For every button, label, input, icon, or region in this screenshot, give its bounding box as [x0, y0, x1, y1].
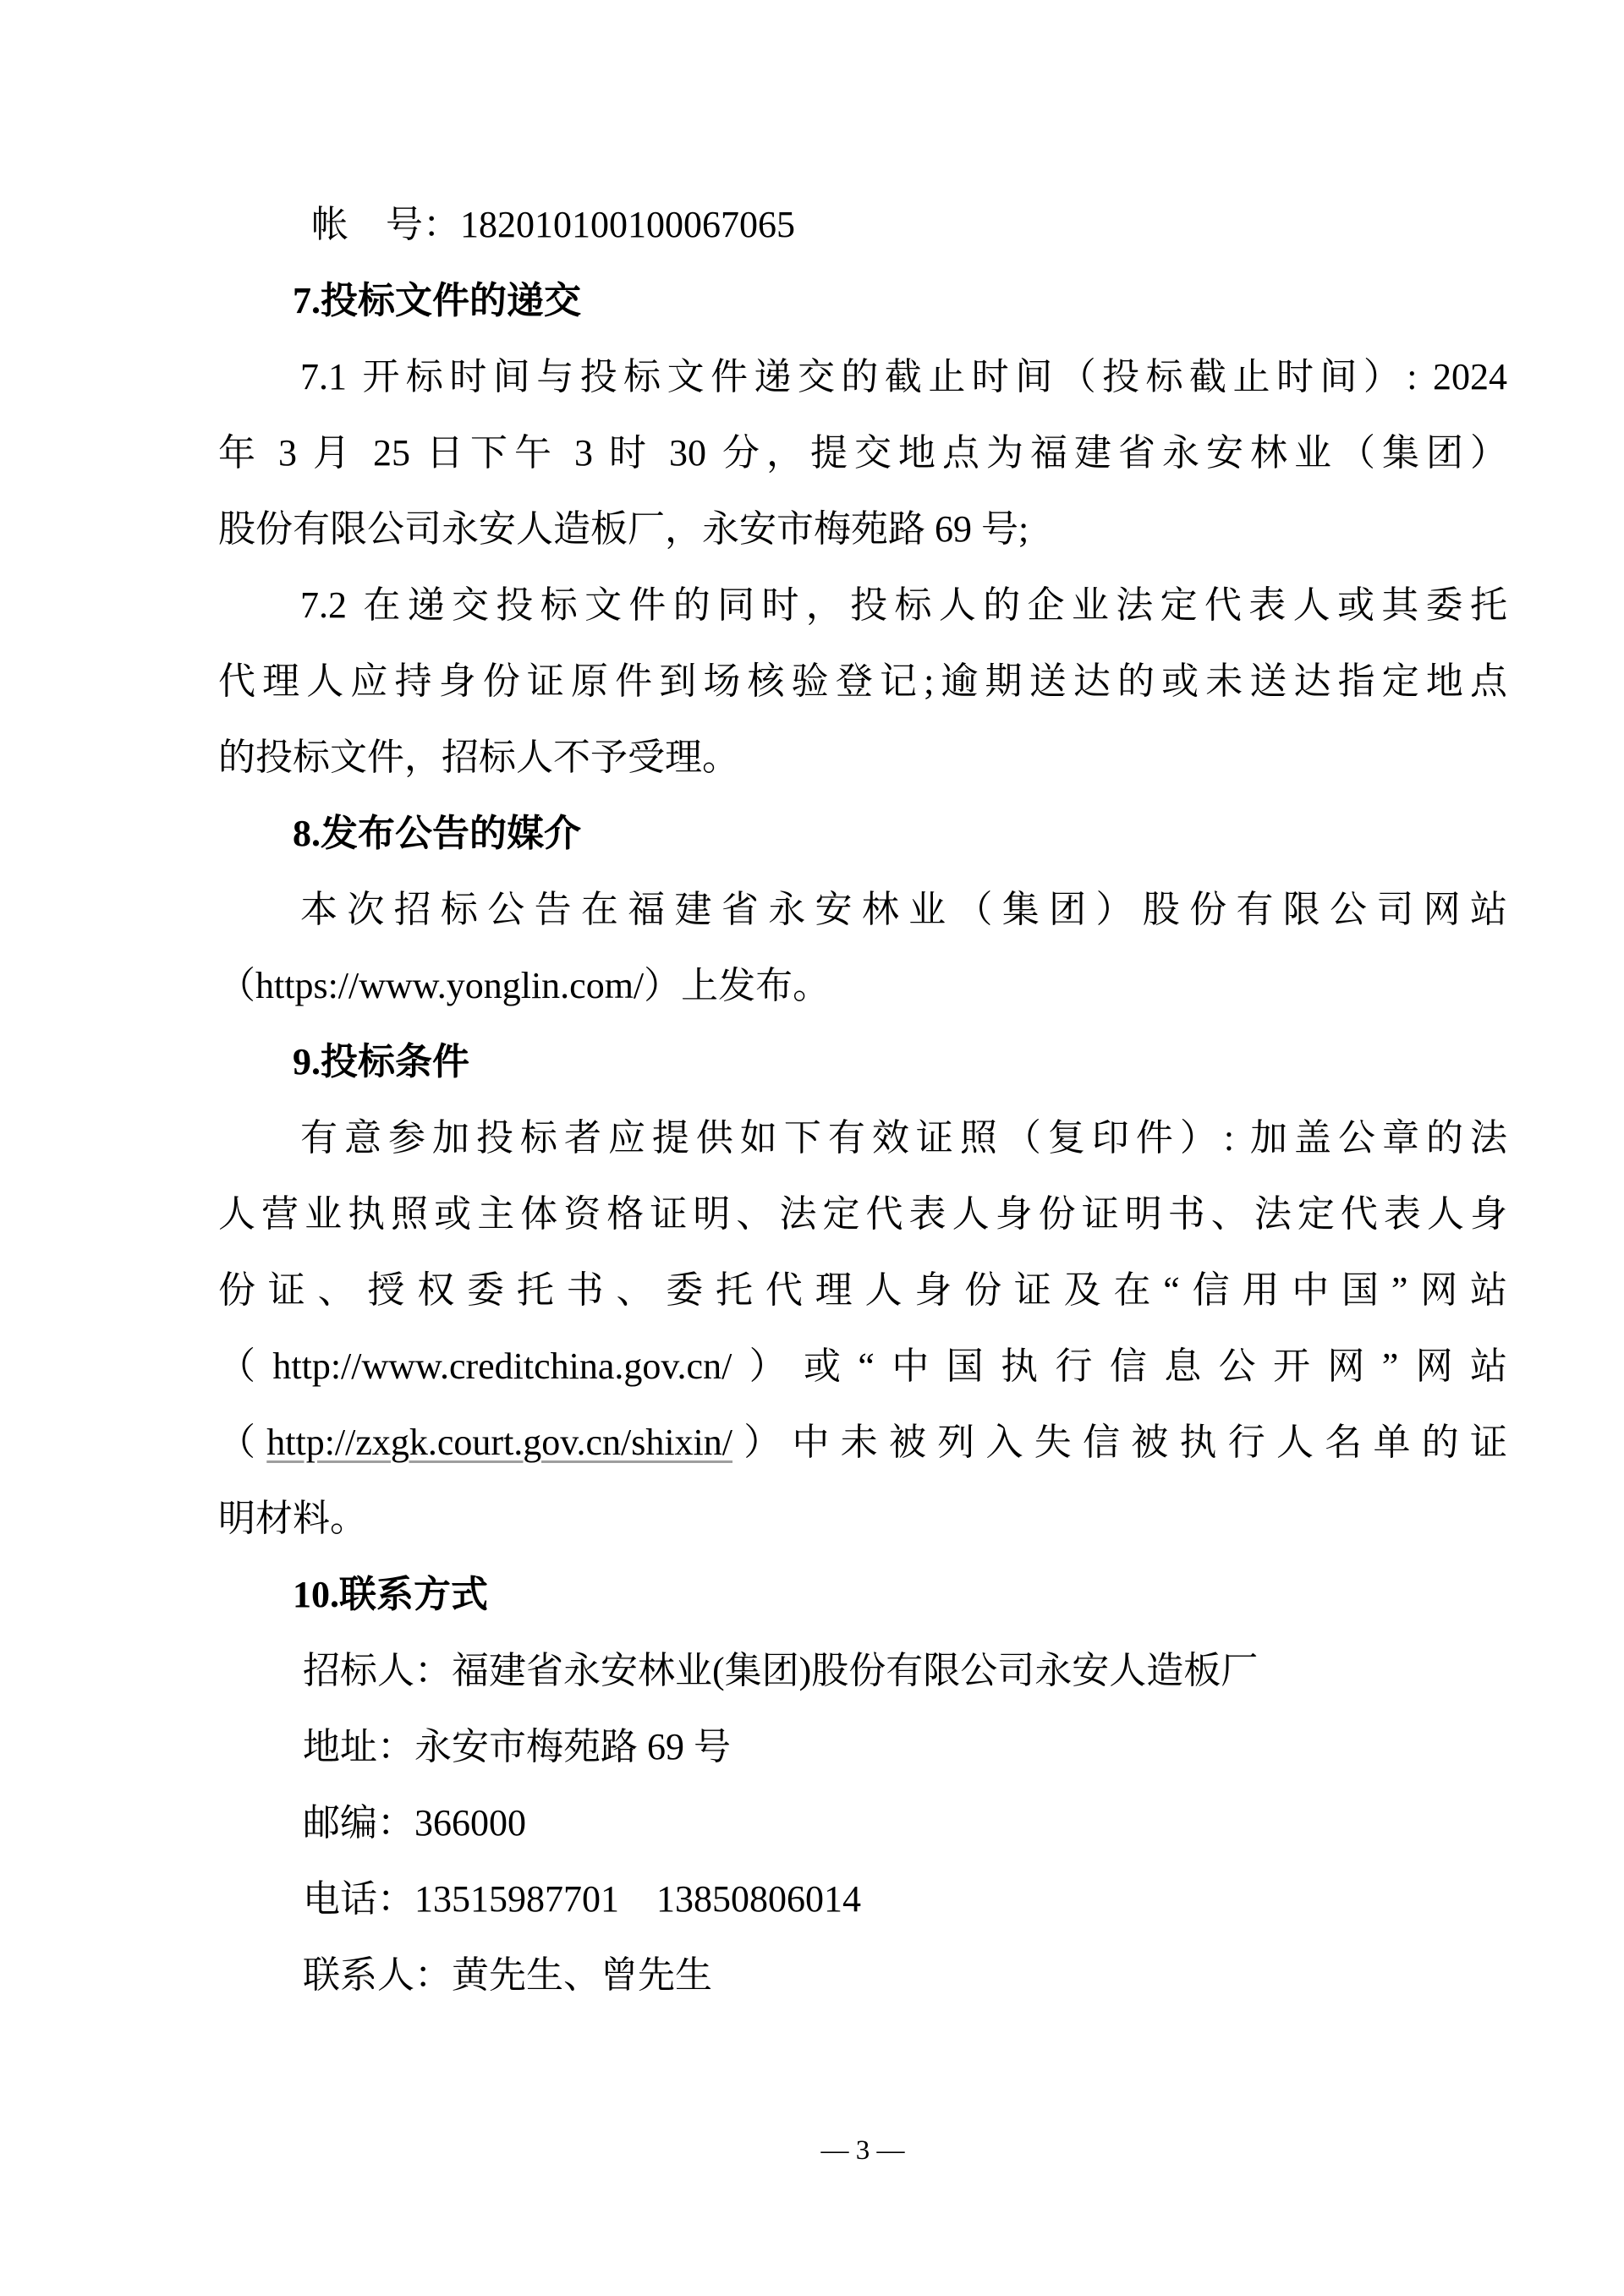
- para-9-line-3: 份证、授权委托书、委托代理人身份证及在“信用中国”网站: [218, 1252, 1507, 1329]
- para-9-line-4: （http://www.creditchina.gov.cn/）或“中国执行信息…: [218, 1329, 1507, 1405]
- text-run: 8.发布公告的媒介: [293, 813, 581, 854]
- section-heading-7: 7.投标文件的递交: [218, 263, 1507, 339]
- para-9-line-5: （http://zxgk.court.gov.cn/shixin/）中未被列入失…: [218, 1405, 1507, 1481]
- para-7-2-line-3: 的投标文件，招标人不予受理。: [218, 720, 1507, 796]
- para-8-line-2: （https://www.yonglin.com/）上发布。: [218, 948, 1507, 1024]
- para-9-line-6: 明材料。: [218, 1481, 1507, 1557]
- text-run: 明材料。: [218, 1498, 367, 1539]
- para-7-1-line-2: 年 3 月 25 日下午 3 时 30 分，提交地点为福建省永安林业（集团）: [218, 415, 1507, 491]
- text-run: （: [218, 1422, 266, 1463]
- text-run: 份证、授权委托书、委托代理人身份证及在“信用中国”网站: [218, 1269, 1507, 1311]
- text-run: 的投标文件，招标人不予受理。: [218, 737, 739, 778]
- contact-address-line: 地址：永安市梅苑路 69 号: [218, 1709, 1507, 1785]
- text-run: 电话：13515987701 13850806014: [303, 1878, 861, 1920]
- account-number-line: 帐 号：182010100100067065: [218, 187, 1507, 263]
- text-run: 本次招标公告在福建省永安林业（集团）股份有限公司网站: [300, 889, 1507, 930]
- contact-tenderer-line: 招标人：福建省永安林业(集团)股份有限公司永安人造板厂: [218, 1633, 1507, 1709]
- para-9-line-2: 人营业执照或主体资格证明、法定代表人身份证明书、法定代表人身: [218, 1176, 1507, 1252]
- text-run: 股份有限公司永安人造板厂，永安市梅苑路 69 号;: [218, 508, 1029, 550]
- text-run: （https://www.yonglin.com/）上发布。: [218, 965, 830, 1006]
- section-heading-8: 8.发布公告的媒介: [218, 796, 1507, 872]
- document-page: 帐 号：1820101001000670657.投标文件的递交7.1 开标时间与…: [0, 0, 1624, 2296]
- page-footer: — 3 —: [218, 2133, 1507, 2168]
- contact-phone-line: 电话：13515987701 13850806014: [218, 1861, 1507, 1937]
- page-number: — 3 —: [821, 2135, 905, 2166]
- text-run: ）中未被列入失信被执行人名单的证: [732, 1422, 1507, 1463]
- text-run: 10.联系方式: [293, 1574, 488, 1615]
- para-8-line-1: 本次招标公告在福建省永安林业（集团）股份有限公司网站: [218, 872, 1507, 948]
- text-run: 7.投标文件的递交: [293, 280, 581, 321]
- text-run: 9.投标条件: [293, 1041, 469, 1082]
- document-content: 帐 号：1820101001000670657.投标文件的递交7.1 开标时间与…: [218, 187, 1507, 2014]
- text-run: 有意参加投标者应提供如下有效证照（复印件）: 加盖公章的法: [300, 1117, 1507, 1159]
- text-run: 代理人应持身份证原件到场核验登记;逾期送达的或未送达指定地点: [218, 660, 1507, 702]
- text-run: 7.1 开标时间与投标文件递交的截止时间（投标截止时间）: 2024: [300, 356, 1507, 397]
- section-heading-9: 9.投标条件: [218, 1024, 1507, 1100]
- text-run: 年 3 月 25 日下午 3 时 30 分，提交地点为福建省永安林业（集团）: [218, 432, 1507, 474]
- text-run: 地址：永安市梅苑路 69 号: [303, 1726, 731, 1767]
- text-run: 人营业执照或主体资格证明、法定代表人身份证明书、法定代表人身: [218, 1193, 1507, 1235]
- para-7-2-line-1: 7.2 在递交投标文件的同时，投标人的企业法定代表人或其委托: [218, 567, 1507, 644]
- text-run: 帐 号：182010100100067065: [311, 204, 795, 245]
- section-heading-10: 10.联系方式: [218, 1557, 1507, 1633]
- zxgk-court-url[interactable]: http://zxgk.court.gov.cn/shixin/: [266, 1422, 732, 1463]
- text-run: （http://www.creditchina.gov.cn/）或“中国执行信息…: [218, 1345, 1507, 1387]
- contact-person-line: 联系人：黄先生、曾先生: [218, 1937, 1507, 2014]
- text-run: 招标人：福建省永安林业(集团)股份有限公司永安人造板厂: [303, 1650, 1258, 1691]
- text-run: 邮编：366000: [303, 1802, 526, 1844]
- text-run: 7.2 在递交投标文件的同时，投标人的企业法定代表人或其委托: [300, 584, 1507, 626]
- para-7-1-line-3: 股份有限公司永安人造板厂，永安市梅苑路 69 号;: [218, 491, 1507, 567]
- text-run: 联系人：黄先生、曾先生: [303, 1954, 712, 1996]
- para-9-line-1: 有意参加投标者应提供如下有效证照（复印件）: 加盖公章的法: [218, 1100, 1507, 1176]
- para-7-2-line-2: 代理人应持身份证原件到场核验登记;逾期送达的或未送达指定地点: [218, 644, 1507, 720]
- para-7-1-line-1: 7.1 开标时间与投标文件递交的截止时间（投标截止时间）: 2024: [218, 339, 1507, 415]
- contact-postcode-line: 邮编：366000: [218, 1785, 1507, 1861]
